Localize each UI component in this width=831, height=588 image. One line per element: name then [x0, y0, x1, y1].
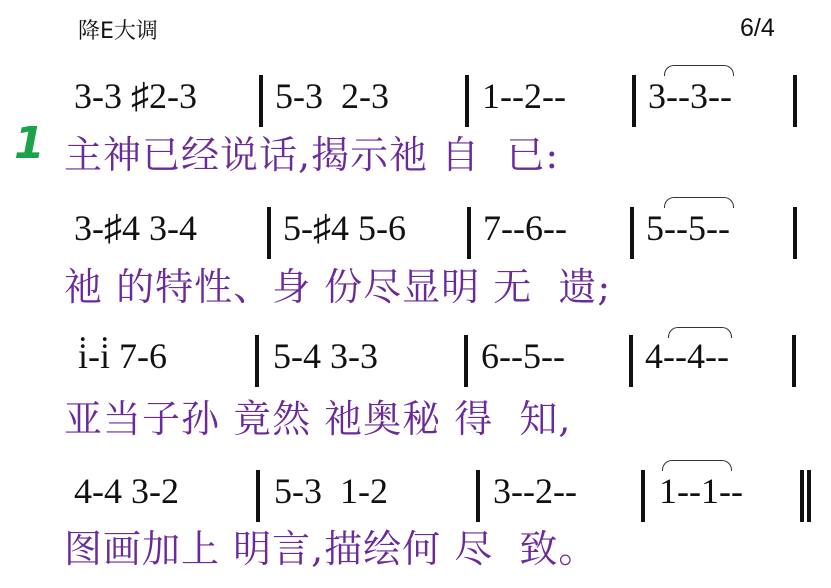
measure-2-4: 5--5-- — [646, 207, 730, 249]
measure-2-3: 7--6-- — [483, 207, 567, 249]
bar-line — [467, 207, 471, 259]
bar-line — [259, 75, 263, 127]
bar-line — [793, 207, 797, 259]
notes-line-4: 4-4 3-2 5-3 1-2 3--2-- 1--1-- — [0, 470, 831, 520]
bar-line — [465, 75, 469, 127]
measure-1-4: 3--3-- — [648, 75, 732, 117]
measure-3-3: 6--5-- — [481, 335, 565, 377]
measure-1-1: 3-3 ♯2-3 — [74, 75, 197, 117]
lyrics-line-1: 主神已经说话,揭示祂 自 已: — [64, 124, 559, 179]
measure-3-4: 4--4-- — [645, 335, 729, 377]
key-signature: 降E大调 — [78, 14, 158, 45]
measure-4-1: 4-4 3-2 — [74, 470, 179, 512]
bar-line — [632, 75, 636, 127]
measure-1-2: 5-3 2-3 — [275, 75, 389, 117]
time-signature: 6/4 — [740, 14, 775, 43]
verse-number: 1 — [14, 118, 45, 169]
lyrics-line-4: 图画加上 明言,描绘何 尽 致。 — [64, 518, 597, 573]
measure-4-2: 5-3 1-2 — [274, 470, 388, 512]
bar-line — [464, 335, 468, 387]
bar-line — [641, 470, 645, 522]
measure-4-3: 3--2-- — [493, 470, 577, 512]
measure-2-2: 5-♯4 5-6 — [283, 207, 406, 249]
notes-line-3: i̇-i̇ 7-6 5-4 3-3 6--5-- 4--4-- — [0, 335, 831, 385]
measure-2-1: 3-♯4 3-4 — [74, 207, 197, 249]
bar-line — [630, 207, 634, 259]
measure-1-3: 1--2-- — [482, 75, 566, 117]
lyrics-line-2: 祂 的特性、身 份尽显明 无 遗; — [64, 256, 611, 311]
bar-line — [792, 335, 796, 387]
bar-line — [267, 207, 271, 259]
final-double-bar — [800, 470, 812, 522]
lyrics-line-3: 亚当子孙 竟然 祂奥秘 得 知, — [64, 388, 571, 443]
notes-line-1: 3-3 ♯2-3 5-3 2-3 1--2-- 3--3-- — [0, 75, 831, 125]
bar-line — [793, 75, 797, 127]
notes-line-2: 3-♯4 3-4 5-♯4 5-6 7--6-- 5--5-- — [0, 207, 831, 257]
bar-line — [256, 470, 260, 522]
bar-line — [629, 335, 633, 387]
measure-3-2: 5-4 3-3 — [273, 335, 378, 377]
measure-3-1: i̇-i̇ 7-6 — [78, 335, 167, 377]
measure-4-4: 1--1-- — [659, 470, 743, 512]
bar-line — [255, 335, 259, 387]
bar-line — [476, 470, 480, 522]
